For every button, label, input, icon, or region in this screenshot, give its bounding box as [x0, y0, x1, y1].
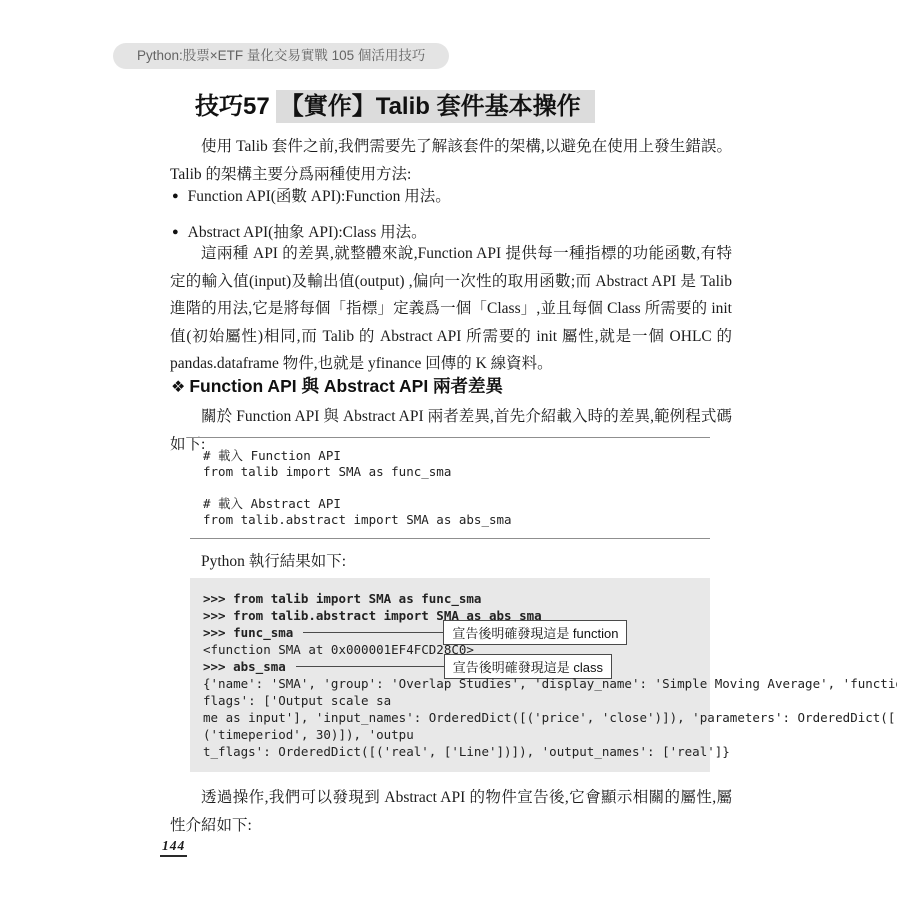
- list-item: ● Function API(函數 API):Function 用法。: [172, 186, 732, 209]
- terminal-line: >>> from talib import SMA as func_sma: [203, 590, 710, 607]
- list-item-text: Function API(函數 API):Function 用法。: [188, 186, 451, 208]
- code-line: from talib.abstract import SMA as abs_sm…: [203, 512, 710, 528]
- chapter-title-highlighted: 【實作】Talib 套件基本操作: [276, 90, 595, 123]
- code-line: # 載入 Function API: [203, 448, 710, 464]
- book-page: Python:股票×ETF 量化交易實戰 105 個活用技巧 技巧57【實作】T…: [0, 0, 897, 897]
- python-output-block: >>> from talib import SMA as func_sma >>…: [190, 578, 710, 772]
- running-head: Python:股票×ETF 量化交易實戰 105 個活用技巧: [113, 43, 449, 69]
- terminal-line: ('timeperiod', 30)]), 'outpu: [203, 726, 710, 743]
- terminal-line: >>> func_sma: [203, 625, 293, 640]
- code-line: from talib import SMA as func_sma: [203, 464, 710, 480]
- callout-connector-line: [303, 632, 443, 633]
- diamond-icon: ❖: [171, 379, 185, 396]
- chapter-title: 技巧57【實作】Talib 套件基本操作: [195, 86, 595, 121]
- terminal-line: me as input'], 'input_names': OrderedDic…: [203, 709, 710, 726]
- terminal-line: >>> abs_sma: [203, 659, 286, 674]
- section-heading-text: Function API 與 Abstract API 兩者差異: [189, 376, 503, 396]
- code-line: # 載入 Abstract API: [203, 496, 710, 512]
- bullet-icon: ●: [172, 185, 179, 207]
- closing-paragraph: 透過操作,我們可以發現到 Abstract API 的物件宣告後,它會顯示相關的…: [170, 784, 732, 840]
- result-label: Python 執行結果如下:: [170, 548, 732, 576]
- import-code-block: # 載入 Function API from talib import SMA …: [190, 437, 710, 539]
- terminal-line: {'name': 'SMA', 'group': 'Overlap Studie…: [203, 675, 710, 692]
- terminal-line: t_flags': OrderedDict([('real', ['Line']…: [203, 743, 710, 760]
- chapter-title-prefix: 技巧57: [195, 93, 270, 120]
- section-heading: ❖Function API 與 Abstract API 兩者差異: [171, 373, 503, 398]
- book-title: Python:股票×ETF 量化交易實戰 105 個活用技巧: [137, 48, 425, 63]
- terminal-line-with-callout: >>> func_sma 宣告後明確發現這是 function: [203, 624, 710, 641]
- code-line: [203, 480, 710, 496]
- page-number: 144: [160, 838, 187, 857]
- terminal-line-with-callout: >>> abs_sma 宣告後明確發現這是 class: [203, 658, 710, 675]
- api-difference-paragraph: 這兩種 API 的差異,就整體來說,Function API 提供每一種指標的功…: [170, 240, 732, 378]
- terminal-line: flags': ['Output scale sa: [203, 692, 710, 709]
- callout-connector-line: [296, 666, 444, 667]
- intro-paragraph: 使用 Talib 套件之前,我們需要先了解該套件的架構,以避免在使用上發生錯誤。…: [170, 133, 732, 189]
